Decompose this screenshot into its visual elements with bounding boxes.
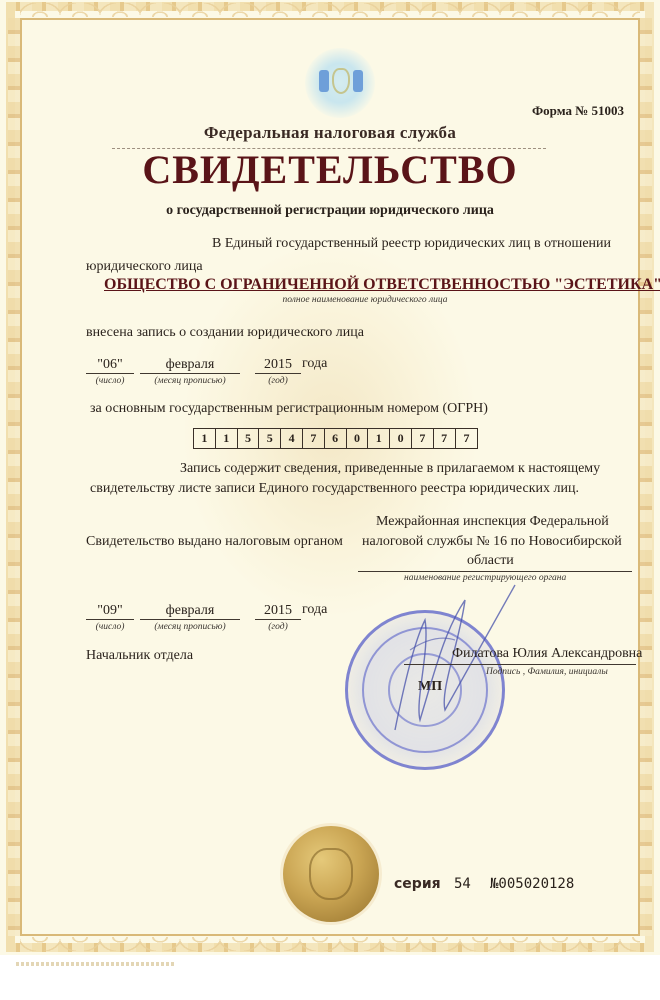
ogrn-digit: 6 xyxy=(325,429,347,448)
signer-underline xyxy=(404,664,636,665)
form-number: Форма № 51003 xyxy=(532,103,624,119)
border-ornament-top xyxy=(20,3,640,17)
signer-caption: Подпись , Фамилия, инициалы xyxy=(486,667,608,677)
month-caption: (месяц прописью) xyxy=(140,376,240,386)
signer-position: Начальник отдела xyxy=(86,648,193,664)
registration-year: 2015 xyxy=(255,357,301,374)
issuer-caption: наименование регистрирующего органа xyxy=(404,573,566,583)
issuer-underline xyxy=(358,571,632,572)
intro-line-1: В Единый государственный реестр юридичес… xyxy=(212,236,611,252)
issue-month-caption: (месяц прописью) xyxy=(140,622,240,632)
printer-microtext xyxy=(16,962,176,966)
company-full-name: ОБЩЕСТВО С ОГРАНИЧЕННОЙ ОТВЕТСТВЕННОСТЬЮ… xyxy=(104,276,660,294)
registration-month: февраля xyxy=(140,357,240,374)
issue-year-caption: (год) xyxy=(255,622,301,632)
ogrn-digit: 5 xyxy=(259,429,281,448)
ogrn-number: 1155476010777 xyxy=(193,428,478,449)
ogrn-digit: 0 xyxy=(390,429,412,448)
hologram-emblem-icon xyxy=(305,48,375,118)
day-caption: (число) xyxy=(86,376,134,386)
serial-number: №005020128 xyxy=(490,876,574,892)
ogrn-digit: 1 xyxy=(194,429,216,448)
gold-emblem-seal-icon xyxy=(283,826,379,922)
issue-day: "09" xyxy=(86,603,134,620)
ogrn-digit: 0 xyxy=(347,429,369,448)
intro-line-2: юридического лица xyxy=(86,259,203,275)
series-label: серия xyxy=(394,876,441,892)
ogrn-digit: 7 xyxy=(456,429,478,448)
border-ornament-bottom xyxy=(20,937,640,951)
record-note-line-1: Запись содержит сведения, приведенные в … xyxy=(180,461,600,477)
issuer-name-line-1: Межрайонная инспекция Федеральной xyxy=(376,514,609,530)
ogrn-digit: 7 xyxy=(303,429,325,448)
issuer-name-line-3: области xyxy=(467,553,514,569)
stamp-mark: МП xyxy=(418,679,442,695)
issue-year-suffix: года xyxy=(302,602,327,618)
record-note-line-2: свидетельству листе записи Единого госуд… xyxy=(90,481,579,497)
ogrn-digit: 7 xyxy=(434,429,456,448)
issuer-name-line-2: налоговой службы № 16 по Новосибирской xyxy=(362,534,622,550)
signer-name: Филатова Юлия Александровна xyxy=(452,646,642,662)
issue-day-caption: (число) xyxy=(86,622,134,632)
certificate-sheet: Форма № 51003 Федеральная налоговая служ… xyxy=(0,0,660,955)
ogrn-digit: 5 xyxy=(238,429,260,448)
ogrn-digit: 1 xyxy=(216,429,238,448)
series-value: 54 xyxy=(454,876,471,892)
ogrn-digit: 7 xyxy=(412,429,434,448)
document-subtitle: о государственной регистрации юридическо… xyxy=(0,203,660,219)
ogrn-label: за основным государственным регистрацион… xyxy=(90,401,488,417)
document-title: СВИДЕТЕЛЬСТВО xyxy=(0,146,660,193)
issue-year: 2015 xyxy=(255,603,301,620)
record-statement: внесена запись о создании юридического л… xyxy=(86,325,364,341)
year-caption: (год) xyxy=(255,376,301,386)
ogrn-digit: 1 xyxy=(368,429,390,448)
ogrn-digit: 4 xyxy=(281,429,303,448)
registration-year-suffix: года xyxy=(302,356,327,372)
company-name-caption: полное наименование юридического лица xyxy=(0,295,660,305)
registration-day: "06" xyxy=(86,357,134,374)
agency-name: Федеральная налоговая служба xyxy=(0,123,660,143)
issue-month: февраля xyxy=(140,603,240,620)
issuer-label: Свидетельство выдано налоговым органом xyxy=(86,534,343,550)
